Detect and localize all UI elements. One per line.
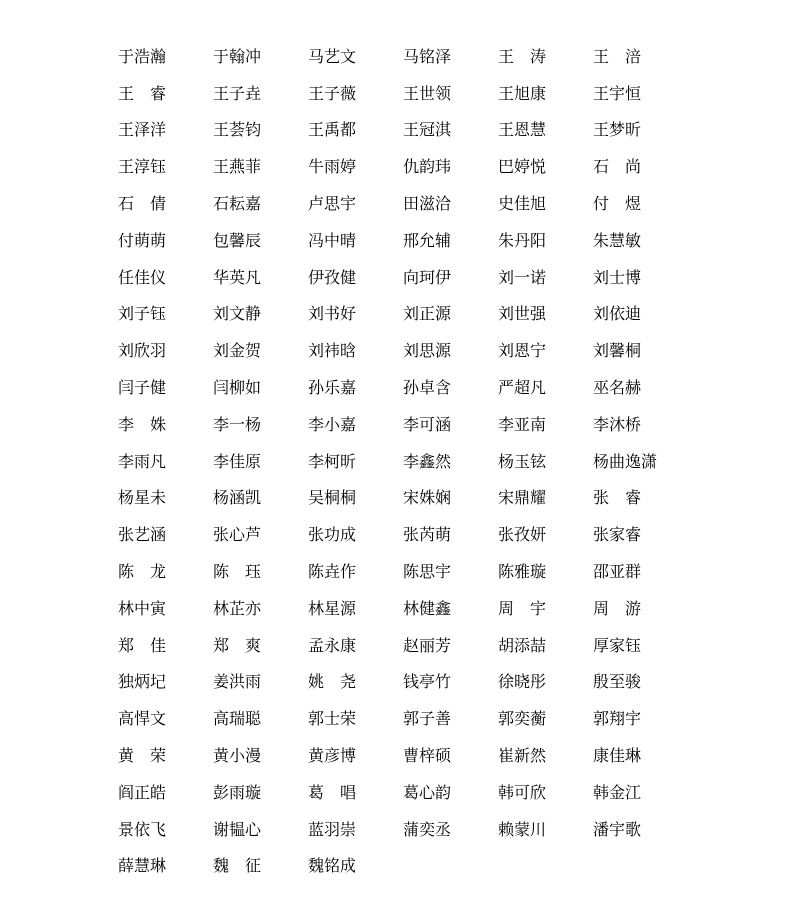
name-cell: 林中寅 — [118, 589, 213, 626]
name-cell: 张芮萌 — [403, 515, 498, 552]
name-cell: 刘书好 — [308, 295, 403, 332]
name-cell: 王 涪 — [593, 37, 688, 74]
name-cell: 张孜妍 — [498, 515, 593, 552]
name-cell: 厚家钰 — [593, 626, 688, 663]
name-cell: 刘欣羽 — [118, 331, 213, 368]
name-cell: 刘士博 — [593, 258, 688, 295]
name-cell: 巫名赫 — [593, 368, 688, 405]
name-cell: 郑 爽 — [213, 626, 308, 663]
name-cell: 冯中晴 — [308, 221, 403, 258]
name-cell: 刘思源 — [403, 331, 498, 368]
name-cell: 周 游 — [593, 589, 688, 626]
name-cell: 李鑫然 — [403, 442, 498, 479]
name-cell: 任佳仪 — [118, 258, 213, 295]
name-cell: 向珂伊 — [403, 258, 498, 295]
name-cell: 郭翔宇 — [593, 699, 688, 736]
name-cell: 严超凡 — [498, 368, 593, 405]
name-cell: 李柯昕 — [308, 442, 403, 479]
name-cell: 阎正皓 — [118, 773, 213, 810]
name-cell: 周 宇 — [498, 589, 593, 626]
name-cell: 史佳旭 — [498, 184, 593, 221]
name-cell: 李沐桥 — [593, 405, 688, 442]
name-cell: 王子薇 — [308, 74, 403, 111]
name-cell: 张心芦 — [213, 515, 308, 552]
name-cell: 韩金江 — [593, 773, 688, 810]
name-cell: 独炳圮 — [118, 663, 213, 700]
name-cell: 陈 龙 — [118, 552, 213, 589]
name-cell: 蓝羽崇 — [308, 810, 403, 847]
name-cell: 陈垚作 — [308, 552, 403, 589]
name-cell: 钱亭竹 — [403, 663, 498, 700]
name-cell: 李一杨 — [213, 405, 308, 442]
document-page: 于浩瀚于翰冲马艺文马铭泽王 涛王 涪王 睿王子垚王子薇王世领王旭康王宇恒王泽洋王… — [0, 0, 790, 910]
name-cell: 康佳琳 — [593, 736, 688, 773]
name-cell: 殷至骏 — [593, 663, 688, 700]
name-cell: 李亚南 — [498, 405, 593, 442]
name-cell: 刘恩宁 — [498, 331, 593, 368]
name-cell: 王世领 — [403, 74, 498, 111]
name-cell: 曹梓硕 — [403, 736, 498, 773]
name-cell: 华英凡 — [213, 258, 308, 295]
name-cell: 魏 征 — [213, 847, 308, 884]
name-cell: 赵丽芳 — [403, 626, 498, 663]
name-cell: 孙卓含 — [403, 368, 498, 405]
name-cell: 巴婷悦 — [498, 147, 593, 184]
name-cell: 宋姝娴 — [403, 479, 498, 516]
name-cell: 李雨凡 — [118, 442, 213, 479]
name-cell: 黄 荣 — [118, 736, 213, 773]
name-cell: 李可涵 — [403, 405, 498, 442]
name-cell: 王 睿 — [118, 74, 213, 111]
name-cell: 王泽洋 — [118, 111, 213, 148]
name-cell: 伊孜健 — [308, 258, 403, 295]
name-cell: 王燕菲 — [213, 147, 308, 184]
name-cell: 卢思宇 — [308, 184, 403, 221]
name-cell: 刘依迪 — [593, 295, 688, 332]
name-cell: 葛心韵 — [403, 773, 498, 810]
name-cell: 王禹都 — [308, 111, 403, 148]
name-cell: 刘金贺 — [213, 331, 308, 368]
name-cell: 石 尚 — [593, 147, 688, 184]
name-cell: 葛 唱 — [308, 773, 403, 810]
name-cell: 吴桐桐 — [308, 479, 403, 516]
name-cell: 王 涛 — [498, 37, 593, 74]
name-cell: 杨曲逸潇 — [593, 442, 688, 479]
name-cell: 牛雨婷 — [308, 147, 403, 184]
name-cell: 刘馨桐 — [593, 331, 688, 368]
name-cell: 高瑞聪 — [213, 699, 308, 736]
name-cell: 李佳原 — [213, 442, 308, 479]
name-cell: 黄彦博 — [308, 736, 403, 773]
name-cell: 田滋洽 — [403, 184, 498, 221]
name-cell: 邵亚群 — [593, 552, 688, 589]
name-cell: 杨星未 — [118, 479, 213, 516]
name-cell: 付 煜 — [593, 184, 688, 221]
name-cell: 刘祎晗 — [308, 331, 403, 368]
name-cell: 孟永康 — [308, 626, 403, 663]
name-cell: 石耘嘉 — [213, 184, 308, 221]
name-cell: 蒲奕丞 — [403, 810, 498, 847]
name-cell: 崔新然 — [498, 736, 593, 773]
name-cell: 石 倩 — [118, 184, 213, 221]
name-cell: 刘子钰 — [118, 295, 213, 332]
name-cell: 王荟钧 — [213, 111, 308, 148]
name-cell: 郭子善 — [403, 699, 498, 736]
name-cell: 林健鑫 — [403, 589, 498, 626]
name-cell: 宋鼎耀 — [498, 479, 593, 516]
name-cell: 马铭泽 — [403, 37, 498, 74]
name-cell: 谢韫心 — [213, 810, 308, 847]
name-cell: 郑 佳 — [118, 626, 213, 663]
name-cell: 薛慧琳 — [118, 847, 213, 884]
name-cell: 王旭康 — [498, 74, 593, 111]
name-grid: 于浩瀚于翰冲马艺文马铭泽王 涛王 涪王 睿王子垚王子薇王世领王旭康王宇恒王泽洋王… — [118, 37, 688, 883]
name-cell: 徐晓彤 — [498, 663, 593, 700]
name-cell: 朱丹阳 — [498, 221, 593, 258]
name-cell: 刘一诺 — [498, 258, 593, 295]
name-cell: 王梦昕 — [593, 111, 688, 148]
name-cell: 景依飞 — [118, 810, 213, 847]
name-cell: 仇韵玮 — [403, 147, 498, 184]
name-cell: 孙乐嘉 — [308, 368, 403, 405]
name-cell: 王宇恒 — [593, 74, 688, 111]
name-cell: 林星源 — [308, 589, 403, 626]
name-cell: 张家睿 — [593, 515, 688, 552]
name-cell: 高悍文 — [118, 699, 213, 736]
name-cell: 杨玉铉 — [498, 442, 593, 479]
name-cell: 姚 尧 — [308, 663, 403, 700]
name-cell: 彭雨璇 — [213, 773, 308, 810]
name-cell: 刘正源 — [403, 295, 498, 332]
name-cell: 姜洪雨 — [213, 663, 308, 700]
name-cell: 王冠淇 — [403, 111, 498, 148]
name-cell: 魏铭成 — [308, 847, 403, 884]
name-cell: 马艺文 — [308, 37, 403, 74]
name-cell: 闫子健 — [118, 368, 213, 405]
name-cell: 王子垚 — [213, 74, 308, 111]
name-cell: 刘世强 — [498, 295, 593, 332]
name-cell: 郭奕蘅 — [498, 699, 593, 736]
name-cell: 林芷亦 — [213, 589, 308, 626]
name-cell: 于浩瀚 — [118, 37, 213, 74]
name-cell: 闫柳如 — [213, 368, 308, 405]
name-cell: 陈雅璇 — [498, 552, 593, 589]
name-cell: 韩可欣 — [498, 773, 593, 810]
name-cell: 陈 珏 — [213, 552, 308, 589]
name-cell: 张艺涵 — [118, 515, 213, 552]
name-cell: 刘文静 — [213, 295, 308, 332]
name-cell: 张功成 — [308, 515, 403, 552]
name-cell: 潘宇歌 — [593, 810, 688, 847]
name-cell: 陈思宇 — [403, 552, 498, 589]
name-cell: 朱慧敏 — [593, 221, 688, 258]
name-cell: 包馨辰 — [213, 221, 308, 258]
name-cell: 张 睿 — [593, 479, 688, 516]
name-cell: 王恩慧 — [498, 111, 593, 148]
name-cell: 于翰冲 — [213, 37, 308, 74]
name-cell: 郭士荣 — [308, 699, 403, 736]
name-cell: 付萌萌 — [118, 221, 213, 258]
name-cell: 黄小漫 — [213, 736, 308, 773]
name-cell: 赖蒙川 — [498, 810, 593, 847]
name-cell: 胡添喆 — [498, 626, 593, 663]
name-cell: 李小嘉 — [308, 405, 403, 442]
name-cell: 王淳钰 — [118, 147, 213, 184]
name-cell: 杨涵凯 — [213, 479, 308, 516]
name-cell: 李 姝 — [118, 405, 213, 442]
name-cell: 邢允辅 — [403, 221, 498, 258]
